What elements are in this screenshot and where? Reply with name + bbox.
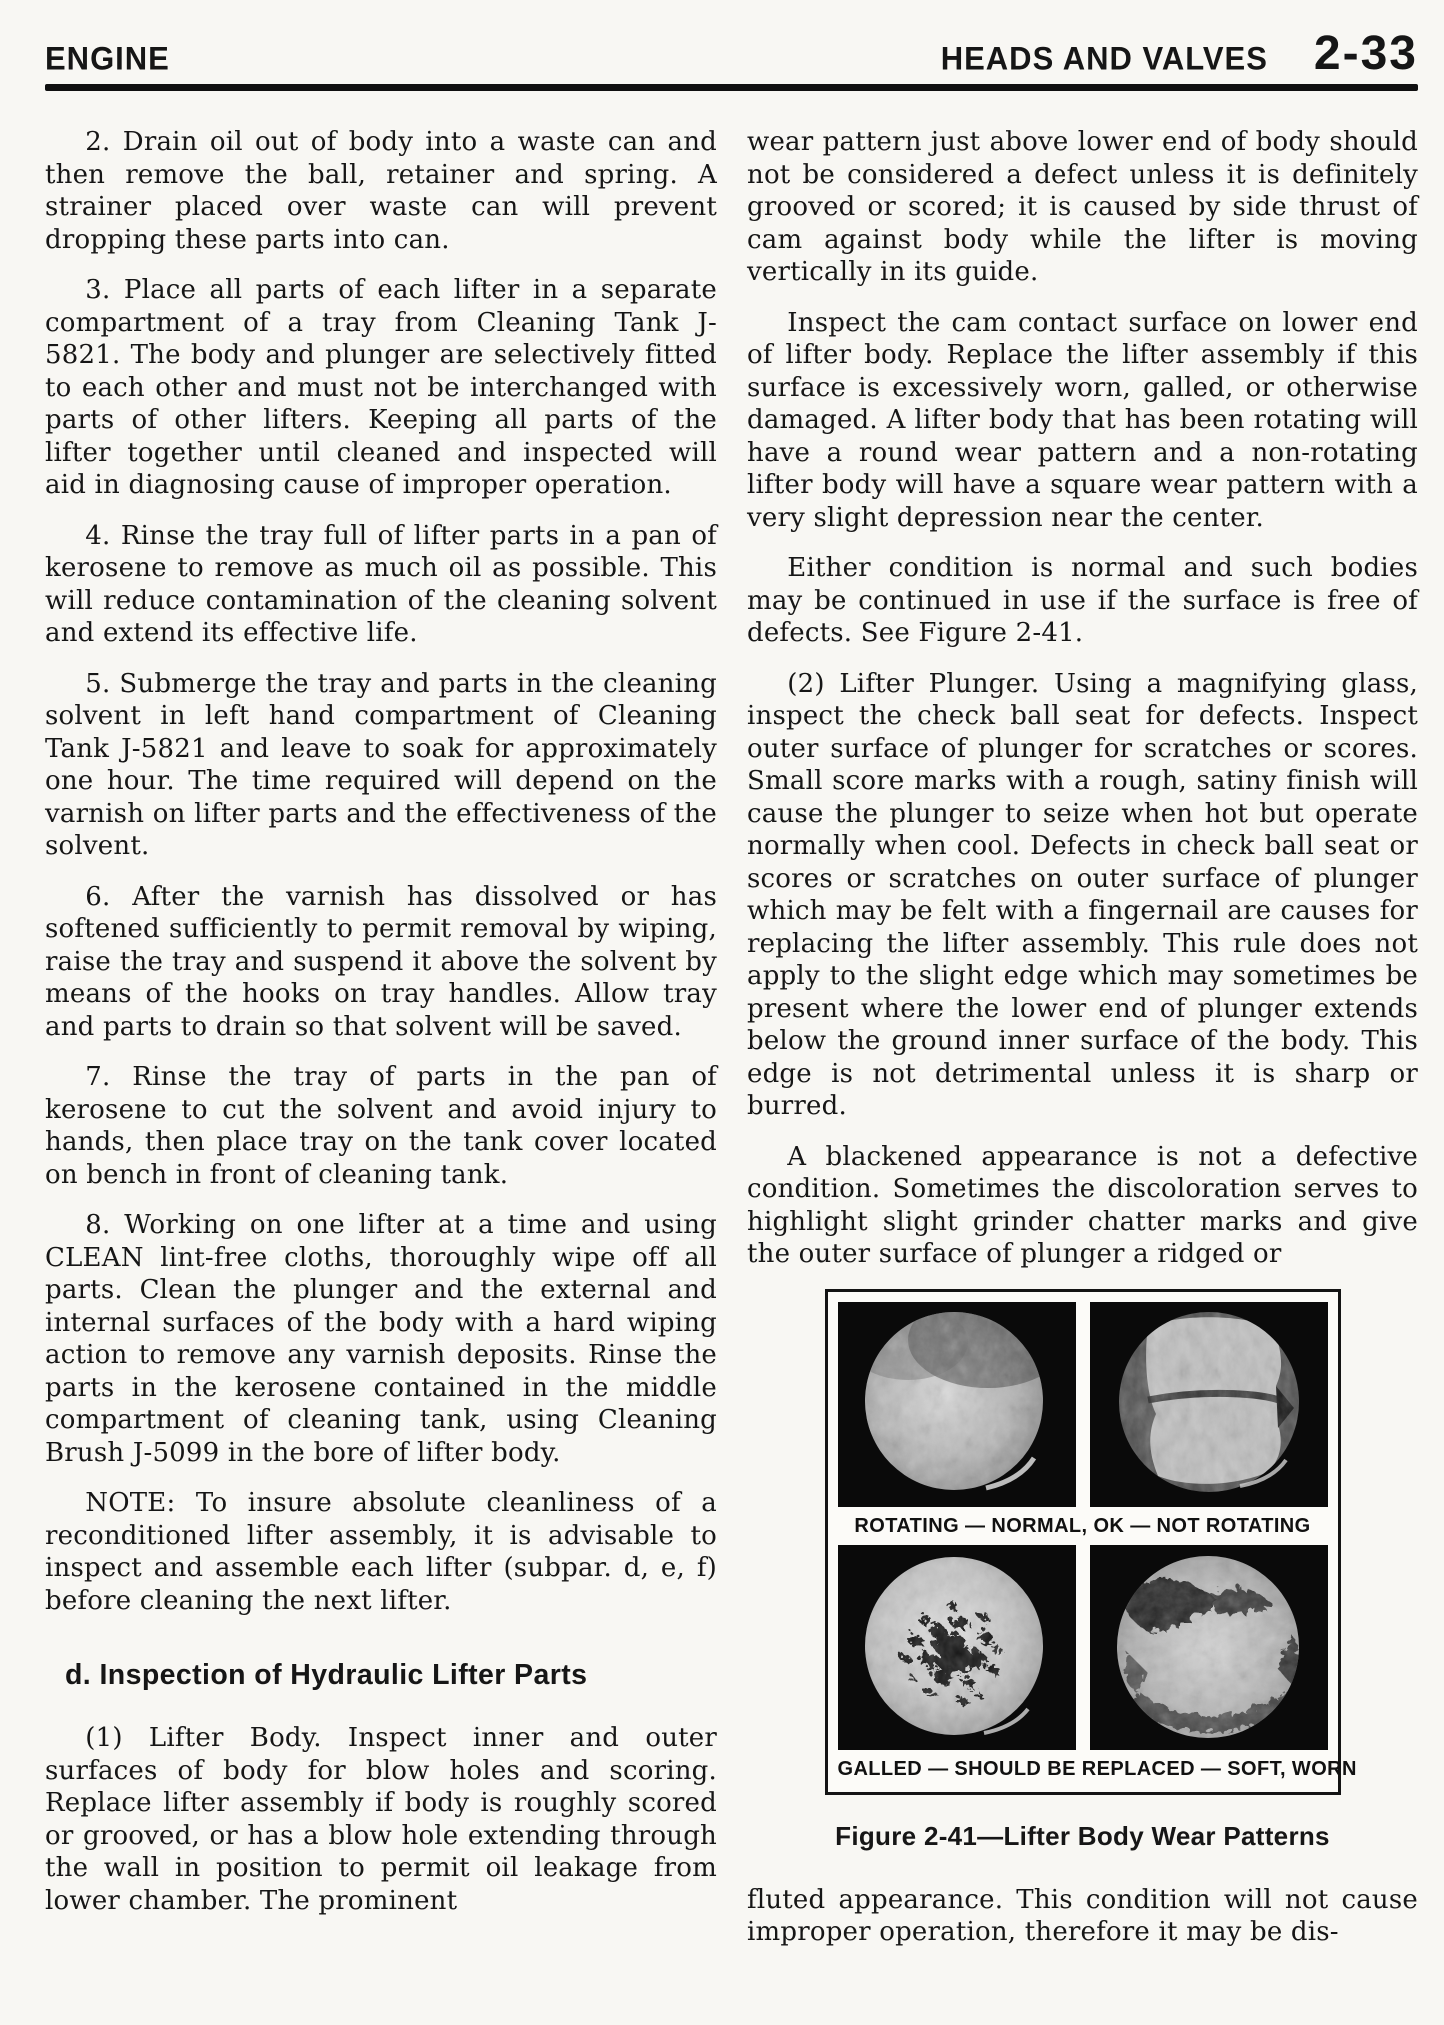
photo-rotating-normal-round-wear xyxy=(838,1302,1076,1507)
paragraph-step-3: 3. Place all parts of each lifter in a s… xyxy=(45,274,717,502)
paragraph-step-4: 4. Rinse the tray full of lifter parts i… xyxy=(45,520,717,650)
manual-page: ENGINE HEADS AND VALVES 2-33 2. Drain oi… xyxy=(0,0,1444,2025)
page-header: ENGINE HEADS AND VALVES 2-33 xyxy=(45,26,1418,81)
paragraph-cam-contact-surface: Inspect the cam contact surface on lower… xyxy=(747,307,1418,535)
figure-photo-row-bottom xyxy=(838,1545,1328,1750)
right-column: wear pattern just above lower end of bod… xyxy=(747,126,1418,1967)
rotating-wear-pattern-image xyxy=(838,1302,1076,1507)
page-number: 2-33 xyxy=(1314,26,1418,81)
paragraph-step-6: 6. After the varnish has dissolved or ha… xyxy=(45,881,717,1044)
photo-not-rotating-square-wear xyxy=(1090,1302,1328,1507)
galled-wear-pattern-image xyxy=(838,1545,1076,1750)
not-rotating-wear-pattern-image xyxy=(1090,1302,1328,1507)
figure-2-41: ROTATING — NORMAL, OK — NOT ROTATING xyxy=(825,1289,1341,1795)
figure-photo-row-top xyxy=(838,1302,1328,1507)
figure-label-rotating-normal-not-rotating: ROTATING — NORMAL, OK — NOT ROTATING xyxy=(838,1507,1328,1545)
paragraph-fluted-continuation: fluted appearance. This condition will n… xyxy=(747,1884,1418,1949)
paragraph-step-8: 8. Working on one lifter at a time and u… xyxy=(45,1209,717,1469)
header-rule xyxy=(45,84,1418,91)
photo-soft-worn xyxy=(1090,1545,1328,1750)
left-column: 2. Drain oil out of body into a waste ca… xyxy=(45,126,717,1967)
paragraph-step-7: 7. Rinse the tray of parts in the pan of… xyxy=(45,1061,717,1191)
section-heading-inspection-of-hydraulic-lifter-parts: d. Inspection of Hydraulic Lifter Parts xyxy=(65,1659,717,1692)
note-paragraph: NOTE: To insure absolute cleanliness of … xyxy=(45,1487,717,1617)
figure-label-galled-soft-worn: GALLED — SHOULD BE REPLACED — SOFT, WORN xyxy=(838,1750,1328,1788)
paragraph-lifter-body: (1) Lifter Body. Inspect inner and outer… xyxy=(45,1722,717,1917)
header-section-title: ENGINE xyxy=(45,40,170,78)
figure-caption: Figure 2-41—Lifter Body Wear Patterns xyxy=(747,1821,1418,1852)
soft-worn-wear-pattern-image xyxy=(1090,1545,1328,1750)
paragraph-blackened-appearance: A blackened appearance is not a defectiv… xyxy=(747,1141,1418,1271)
paragraph-wear-pattern-continuation: wear pattern just above lower end of bod… xyxy=(747,126,1418,289)
header-right-group: HEADS AND VALVES 2-33 xyxy=(941,26,1418,81)
paragraph-step-2: 2. Drain oil out of body into a waste ca… xyxy=(45,126,717,256)
header-chapter-title: HEADS AND VALVES xyxy=(941,40,1268,78)
paragraph-step-5: 5. Submerge the tray and parts in the cl… xyxy=(45,668,717,863)
two-column-body: 2. Drain oil out of body into a waste ca… xyxy=(45,126,1418,1967)
paragraph-lifter-plunger: (2) Lifter Plunger. Using a magnifying g… xyxy=(747,668,1418,1123)
photo-galled-should-be-replaced xyxy=(838,1545,1076,1750)
paragraph-either-condition: Either condition is normal and such bodi… xyxy=(747,552,1418,650)
